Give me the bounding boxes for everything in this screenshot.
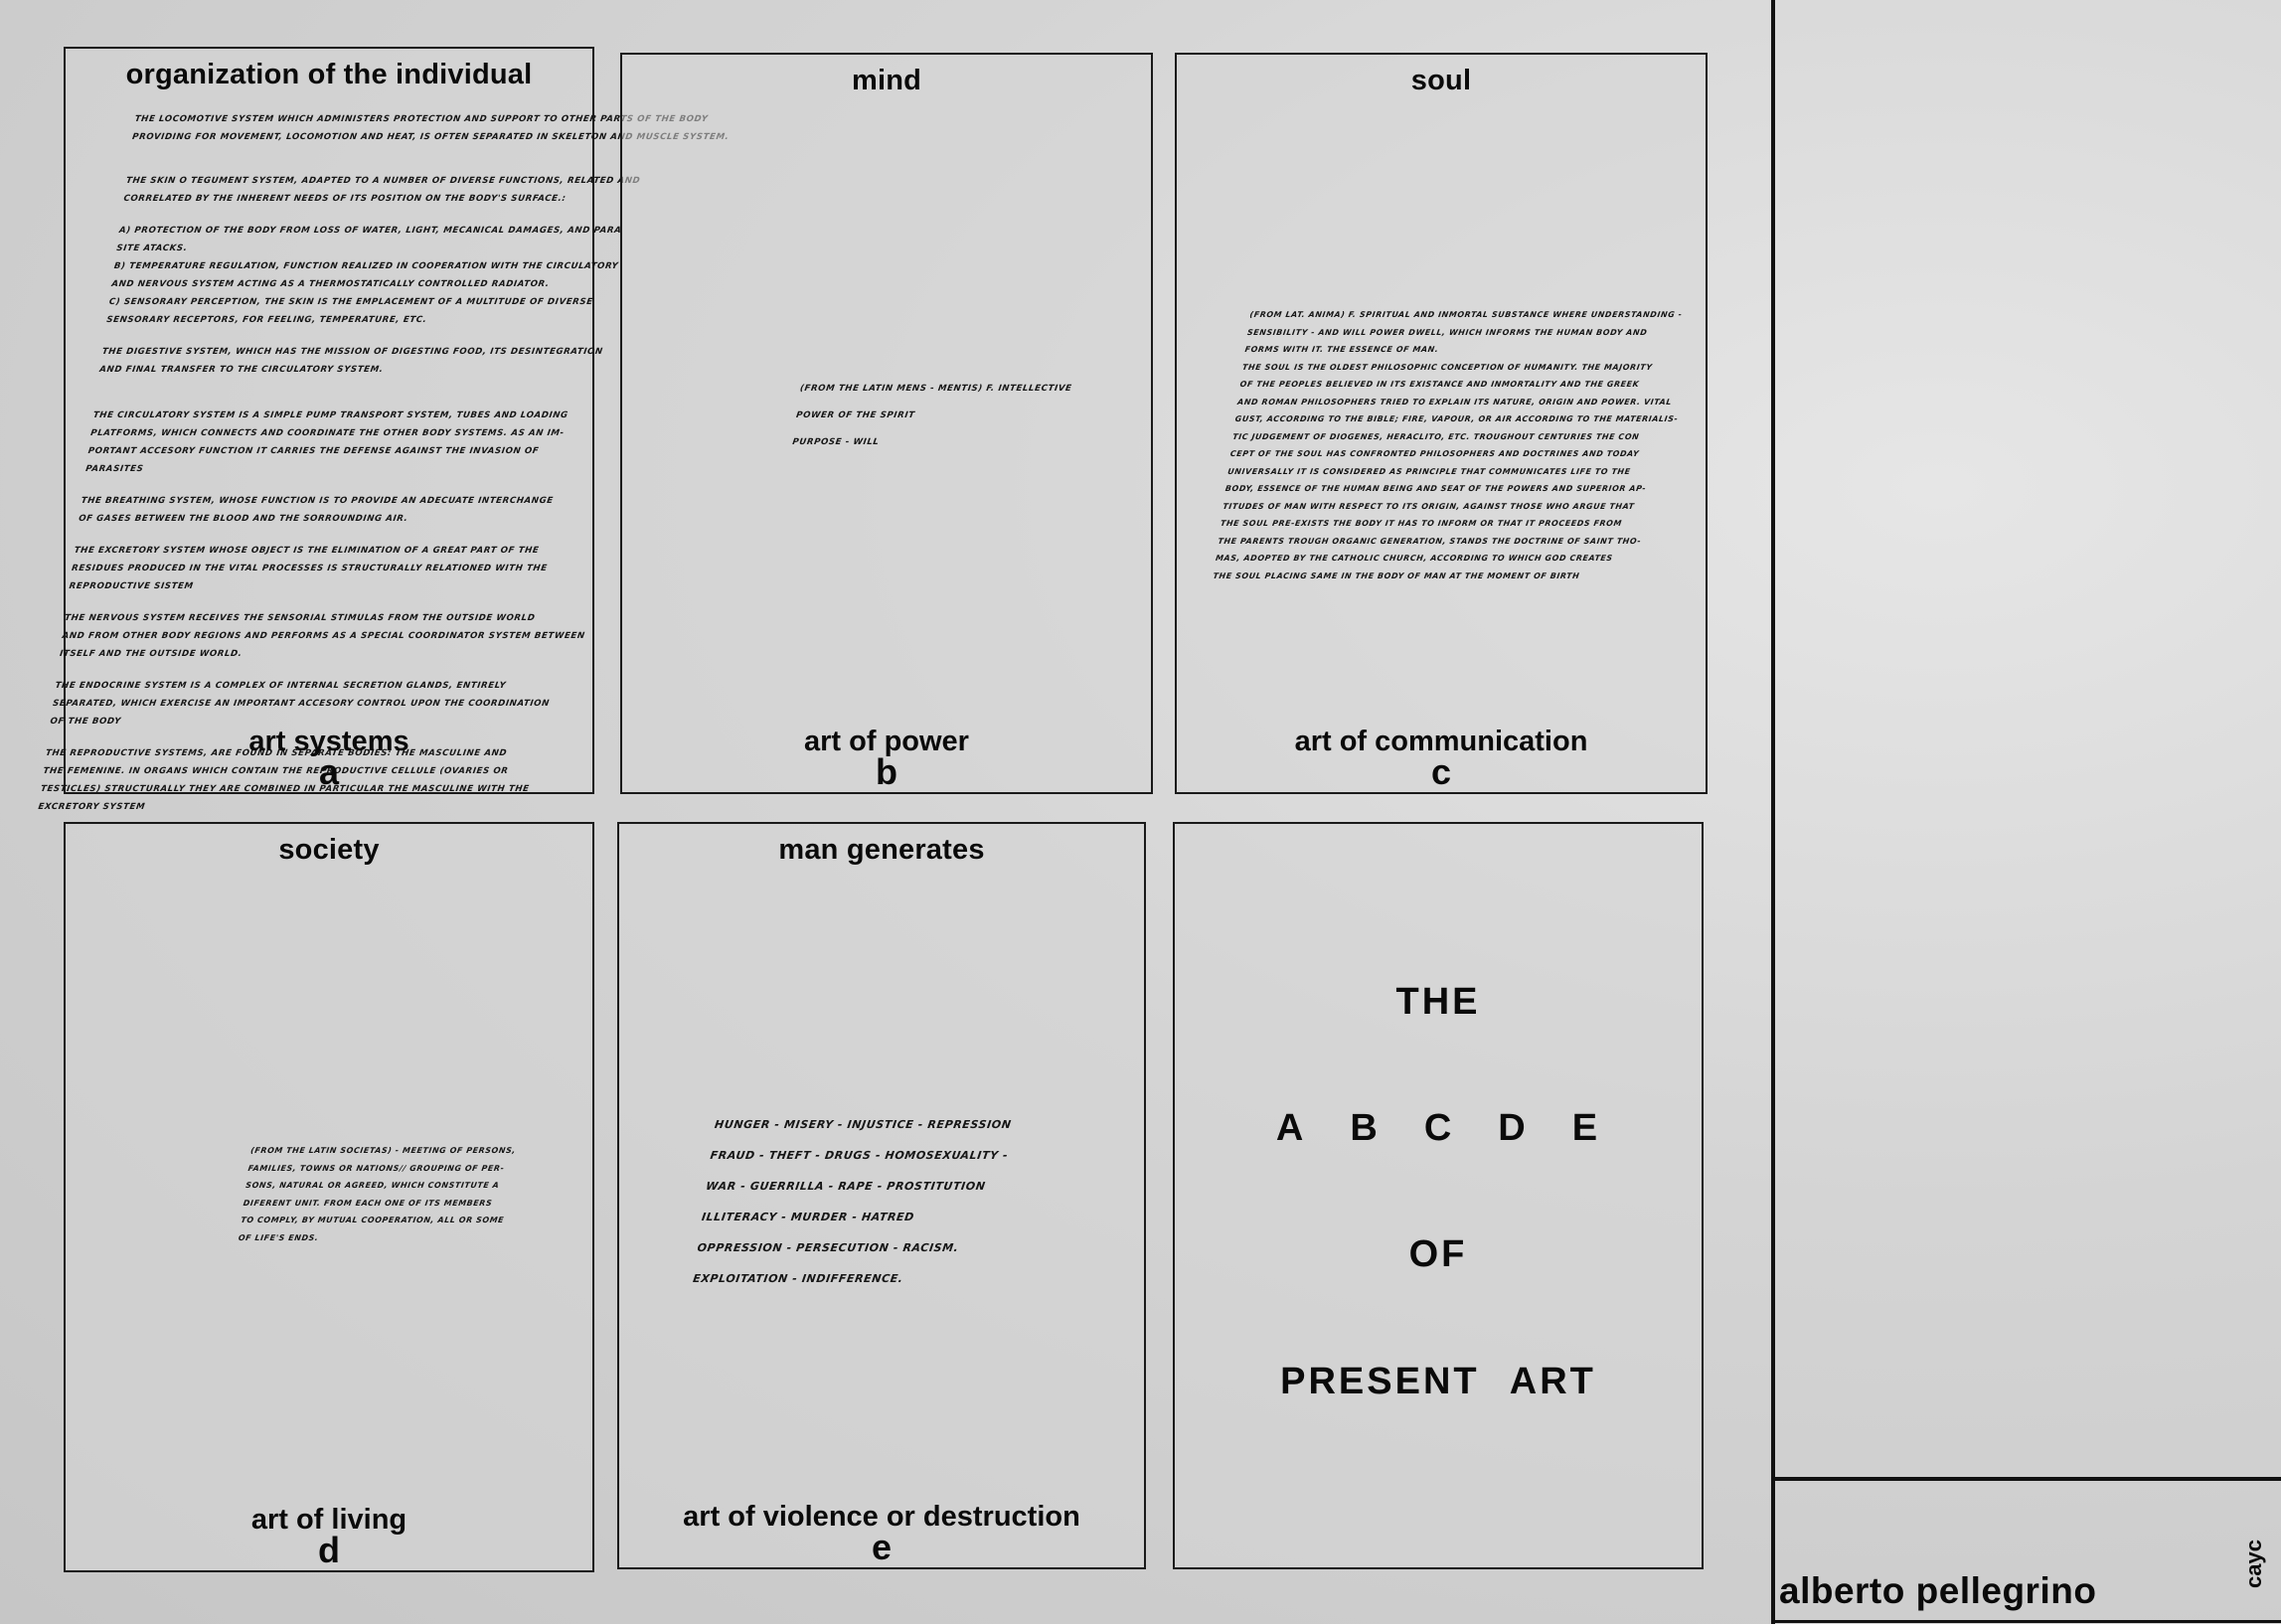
text-line: THE CIRCULATORY SYSTEM IS A SIMPLE PUMP … bbox=[91, 406, 591, 424]
panel-a-paragraph: THE ENDOCRINE SYSTEM IS A COMPLEX OF INT… bbox=[49, 677, 554, 731]
panel-d-heading: society bbox=[66, 834, 592, 867]
publisher-mark: cayc bbox=[2241, 1540, 2267, 1588]
title-line-present-art: PRESENT ART bbox=[1175, 1361, 1702, 1403]
text-line: THE DIGESTIVE SYSTEM, WHICH HAS THE MISS… bbox=[100, 343, 600, 361]
text-line: OF GASES BETWEEN THE BLOOD AND THE SORRO… bbox=[78, 510, 577, 528]
title-letter: E bbox=[1572, 1107, 1600, 1150]
panel-a-body-text: THE LOCOMOTIVE SYSTEM WHICH ADMINISTERS … bbox=[35, 110, 633, 830]
panel-a-paragraph: THE DIGESTIVE SYSTEM, WHICH HAS THE MISS… bbox=[98, 343, 600, 379]
text-line: THE NERVOUS SYSTEM RECEIVES THE SENSORIA… bbox=[64, 609, 564, 627]
text-line: PURPOSE - WILL bbox=[790, 429, 1065, 456]
text-line: (FROM THE LATIN MENS - MENTIS) F. INTELL… bbox=[798, 376, 1073, 403]
panel-c-body-text: (FROM LAT. ANIMA) F. SPIRITUAL AND INMOR… bbox=[1212, 306, 1694, 584]
text-line: ILLITERACY - MURDER - HATRED bbox=[701, 1210, 1001, 1224]
panel-e-caption: art of violence or destruction e bbox=[619, 1503, 1144, 1565]
text-line: (FROM LAT. ANIMA) F. SPIRITUAL AND INMOR… bbox=[1248, 306, 1694, 324]
text-line: PROVIDING FOR MOVEMENT, LOCOMOTION AND H… bbox=[131, 128, 631, 146]
text-line: FRAUD - THEFT - DRUGS - HOMOSEXUALITY - bbox=[710, 1148, 1010, 1163]
text-line: EXCRETORY SYSTEM bbox=[37, 798, 537, 816]
panel-d-society: society (FROM THE LATIN SOCIETAS) - MEET… bbox=[64, 822, 594, 1572]
signature-divider bbox=[1771, 1477, 2281, 1481]
panel-b-caption: art of power b bbox=[622, 728, 1151, 790]
text-line: FAMILIES, TOWNS OR NATIONS// GROUPING OF… bbox=[246, 1160, 514, 1178]
title-line-the: THE bbox=[1175, 981, 1702, 1024]
panel-a-paragraph: THE EXCRETORY SYSTEM WHOSE OBJECT IS THE… bbox=[68, 542, 572, 595]
title-letter: B bbox=[1350, 1107, 1380, 1150]
panel-e-letter: e bbox=[619, 1530, 1144, 1565]
panel-d-caption: art of living d bbox=[66, 1506, 592, 1568]
panel-d-body-text: (FROM THE LATIN SOCIETAS) - MEETING OF P… bbox=[238, 1142, 518, 1246]
text-line: PORTANT ACCESORY FUNCTION IT CARRIES THE… bbox=[86, 442, 586, 460]
panel-b-letter: b bbox=[622, 754, 1151, 790]
text-line: AND FROM OTHER BODY REGIONS AND PERFORMS… bbox=[61, 627, 561, 645]
panel-d-letter: d bbox=[66, 1533, 592, 1568]
panel-a-paragraph: A) PROTECTION OF THE BODY FROM LOSS OF W… bbox=[105, 222, 617, 329]
panel-f-title-card: THE ABCDE OF PRESENT ART bbox=[1173, 822, 1704, 1569]
text-line: THE SOUL PRE-EXISTS THE BODY IT HAS TO I… bbox=[1220, 515, 1665, 533]
text-line: TIC JUDGEMENT OF DIOGENES, HERACLITO, ET… bbox=[1231, 428, 1677, 446]
title-letter: A bbox=[1276, 1107, 1306, 1150]
panel-a-paragraph: THE LOCOMOTIVE SYSTEM WHICH ADMINISTERS … bbox=[131, 110, 633, 146]
text-line: THE SOUL PLACING SAME IN THE BODY OF MAN… bbox=[1212, 568, 1657, 585]
panel-c-letter: c bbox=[1177, 754, 1706, 790]
text-line: BODY, ESSENCE OF THE HUMAN BEING AND SEA… bbox=[1224, 480, 1670, 498]
text-line: HUNGER - MISERY - INJUSTICE - REPRESSION bbox=[714, 1117, 1014, 1132]
text-line: CEPT OF THE SOUL HAS CONFRONTED PHILOSOP… bbox=[1229, 445, 1675, 463]
text-line: AND ROMAN PHILOSOPHERS TRIED TO EXPLAIN … bbox=[1236, 394, 1682, 411]
text-line: AND NERVOUS SYSTEM ACTING AS A THERMOSTA… bbox=[110, 275, 610, 293]
text-line: CORRELATED BY THE INHERENT NEEDS OF ITS … bbox=[122, 190, 622, 208]
panel-c-heading: soul bbox=[1177, 65, 1706, 97]
text-line: WAR - GUERRILLA - RAPE - PROSTITUTION bbox=[705, 1179, 1005, 1194]
text-line: C) SENSORARY PERCEPTION, THE SKIN IS THE… bbox=[107, 293, 607, 311]
text-line: OF LIFE'S ENDS. bbox=[238, 1229, 505, 1247]
panel-b-body-text: (FROM THE LATIN MENS - MENTIS) F. INTELL… bbox=[790, 376, 1073, 456]
right-column-divider bbox=[1771, 0, 1775, 1624]
text-line: TITUDES OF MAN WITH RESPECT TO ITS ORIGI… bbox=[1222, 498, 1667, 516]
text-line: POWER OF THE SPIRIT bbox=[794, 403, 1069, 429]
panel-b-mind: mind (FROM THE LATIN MENS - MENTIS) F. I… bbox=[620, 53, 1153, 794]
text-line: THE SOUL IS THE OLDEST PHILOSOPHIC CONCE… bbox=[1241, 359, 1687, 377]
title-letter: C bbox=[1424, 1107, 1454, 1150]
text-line: EXPLOITATION - INDIFFERENCE. bbox=[692, 1271, 992, 1286]
panel-a-paragraph: THE SKIN o TEGUMENT SYSTEM, ADAPTED TO A… bbox=[122, 172, 624, 208]
artist-signature: alberto pellegrino bbox=[1779, 1570, 2096, 1612]
title-line-of: OF bbox=[1175, 1233, 1702, 1276]
text-line: THE SKIN o TEGUMENT SYSTEM, ADAPTED TO A… bbox=[125, 172, 625, 190]
text-line: AND FINAL TRANSFER TO THE CIRCULATORY SY… bbox=[98, 361, 598, 379]
text-line: OF THE PEOPLES BELIEVED IN ITS EXISTANCE… bbox=[1238, 376, 1684, 394]
text-line: PLATFORMS, WHICH CONNECTS AND COORDINATE… bbox=[89, 424, 589, 442]
title-letter: D bbox=[1498, 1107, 1528, 1150]
panel-c-soul: soul (FROM LAT. ANIMA) F. SPIRITUAL AND … bbox=[1175, 53, 1708, 794]
panel-a-letter: a bbox=[66, 754, 592, 790]
text-line: THE BREATHING SYSTEM, WHOSE FUNCTION IS … bbox=[80, 492, 579, 510]
panel-e-body-text: HUNGER - MISERY - INJUSTICE - REPRESSION… bbox=[690, 1117, 1014, 1302]
title-line-abcde: ABCDE bbox=[1175, 1107, 1702, 1150]
text-line: ITSELF AND THE OUTSIDE WORLD. bbox=[59, 645, 559, 663]
text-line: THE EXCRETORY SYSTEM WHOSE OBJECT IS THE… bbox=[73, 542, 572, 560]
text-line: A) PROTECTION OF THE BODY FROM LOSS OF W… bbox=[118, 222, 618, 240]
panel-a-heading: organization of the individual bbox=[66, 59, 592, 91]
text-line: REPRODUCTIVE SISTEM bbox=[68, 577, 568, 595]
text-line: DIFERENT UNIT. FROM EACH ONE OF ITS MEMB… bbox=[243, 1195, 510, 1213]
text-line: SENSIBILITY - AND WILL POWER DWELL, WHIC… bbox=[1246, 324, 1692, 342]
panel-b-heading: mind bbox=[622, 65, 1151, 97]
text-line: THE ENDOCRINE SYSTEM IS A COMPLEX OF INT… bbox=[54, 677, 554, 695]
text-line: (FROM THE LATIN SOCIETAS) - MEETING OF P… bbox=[249, 1142, 517, 1160]
panel-c-caption: art of communication c bbox=[1177, 728, 1706, 790]
text-line: SEPARATED, WHICH EXERCISE AN IMPORTANT A… bbox=[52, 695, 552, 713]
panel-e-heading: man generates bbox=[619, 834, 1144, 867]
panel-e-man-generates: man generates HUNGER - MISERY - INJUSTIC… bbox=[617, 822, 1146, 1569]
text-line: B) TEMPERATURE REGULATION, FUNCTION REAL… bbox=[113, 257, 613, 275]
text-line: SONS, NATURAL OR AGREED, WHICH CONSTITUT… bbox=[244, 1177, 512, 1195]
panel-a-paragraph: THE CIRCULATORY SYSTEM IS A SIMPLE PUMP … bbox=[84, 406, 591, 478]
text-line: UNIVERSALLY IT IS CONSIDERED AS PRINCIPL… bbox=[1226, 463, 1672, 481]
text-line: MAS, ADOPTED BY THE CATHOLIC CHURCH, ACC… bbox=[1215, 550, 1660, 568]
text-line: PARASITES bbox=[84, 460, 584, 478]
text-line: SENSORARY RECEPTORS, FOR FEELING, TEMPER… bbox=[105, 311, 605, 329]
panel-a-caption: art systems a bbox=[66, 728, 592, 790]
panel-a-paragraph: THE BREATHING SYSTEM, WHOSE FUNCTION IS … bbox=[78, 492, 579, 528]
text-line: THE PARENTS TROUGH ORGANIC GENERATION, S… bbox=[1217, 533, 1662, 551]
text-line: GUST, ACCORDING TO THE BIBLE; FIRE, VAPO… bbox=[1233, 410, 1679, 428]
text-line: OPPRESSION - PERSECUTION - RACISM. bbox=[697, 1240, 997, 1255]
panel-a-paragraph: THE NERVOUS SYSTEM RECEIVES THE SENSORIA… bbox=[59, 609, 564, 663]
text-line: THE LOCOMOTIVE SYSTEM WHICH ADMINISTERS … bbox=[133, 110, 633, 128]
text-line: TO COMPLY, BY MUTUAL COOPERATION, ALL OR… bbox=[240, 1212, 507, 1229]
text-line: FORMS WITH IT. THE ESSENCE OF MAN. bbox=[1243, 341, 1689, 359]
text-line: RESIDUES PRODUCED IN THE VITAL PROCESSES… bbox=[71, 560, 570, 577]
text-line: SITE ATACKS. bbox=[115, 240, 615, 257]
bottom-rule bbox=[1771, 1620, 2281, 1623]
panel-a-organization-of-the-individual: organization of the individual THE LOCOM… bbox=[64, 47, 594, 794]
